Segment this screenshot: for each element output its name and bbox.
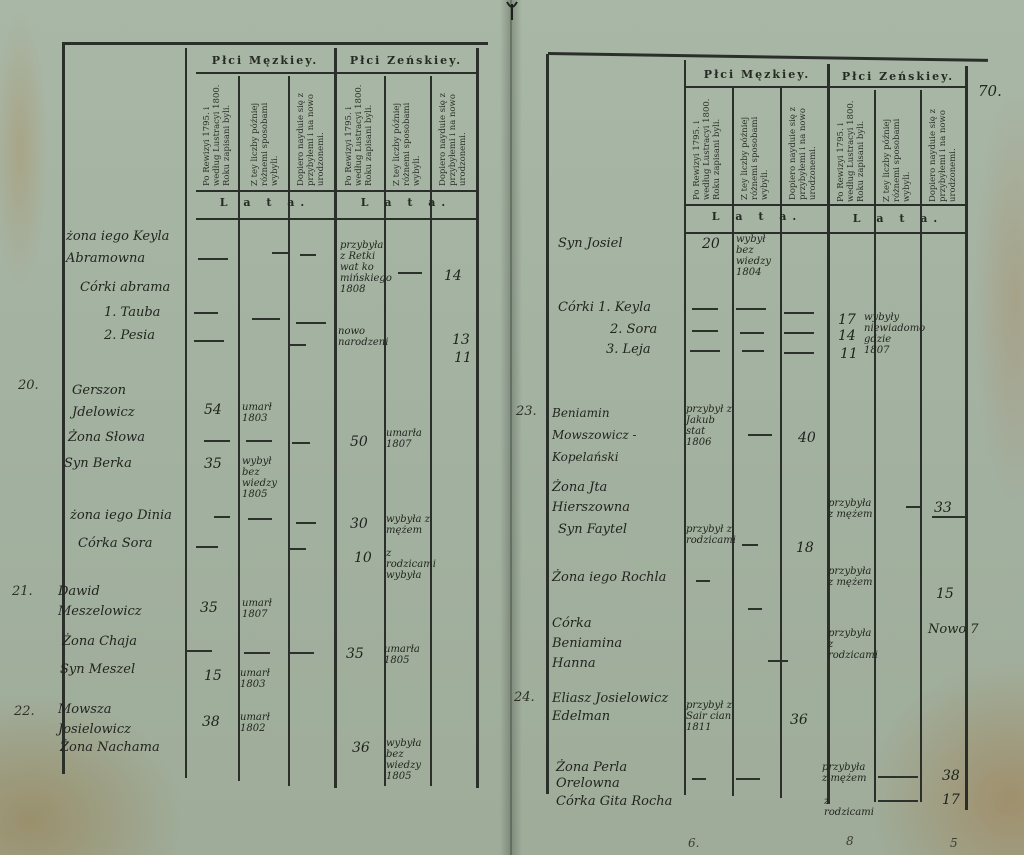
- female-col-1795-header: Po Rewizyi 1795. i według Lustracyi 1800…: [344, 80, 378, 186]
- entry-name: Syn Meszel: [60, 662, 135, 677]
- entry-male-1795: 15: [204, 668, 222, 684]
- entry-name: Córki 1. Keyla: [558, 300, 651, 315]
- filler-dash: [696, 580, 710, 582]
- col-rule: [920, 90, 922, 802]
- entry-male-now: 36: [790, 712, 808, 728]
- entry-female-1795: przybyła z mężem: [822, 762, 872, 784]
- entry-name: Córka Beniamina Hanna: [552, 614, 662, 674]
- entry-female-left: umarła 1805: [384, 644, 428, 666]
- filler-dash: [204, 440, 230, 442]
- entry-female-now: 17: [942, 792, 960, 808]
- filler-dash: [692, 330, 718, 332]
- filler-dash: [214, 516, 230, 518]
- entry-name: Żona Jta Hierszowna: [552, 478, 662, 518]
- filler-dash: [300, 254, 316, 256]
- entry-name: Mowsza Josielowicz: [58, 700, 178, 740]
- entry-name: Żona Słowa: [68, 430, 145, 445]
- entry-name: Syn Faytel: [558, 522, 627, 537]
- female-lata-label: L a t a.: [336, 196, 476, 209]
- left-page: Płci Męzkiey. Płci Zeńskiey. Po Rewizyi …: [0, 0, 500, 855]
- entry-female-now: 14: [444, 268, 462, 284]
- filler-dash: [296, 322, 326, 324]
- header-bottom-rule: [686, 204, 966, 206]
- folio-number: 70.: [978, 82, 1002, 100]
- filler-dash: [932, 516, 966, 518]
- entry-female-now: 11: [454, 350, 472, 366]
- entry-male-now: 18: [796, 540, 814, 556]
- entry-male-left: wybył bez wiedzy 1805: [242, 456, 288, 500]
- filler-dash: [748, 608, 762, 610]
- entry-name: żona iego Keyla Abramowna: [66, 226, 186, 270]
- female-col-1795-header: Po Rewizyi 1795. i według Lustracyi 1800…: [836, 94, 872, 202]
- filler-dash: [290, 652, 314, 654]
- filler-dash: [246, 440, 272, 442]
- entry-female-1795: 30: [350, 516, 368, 532]
- entry-female-left: wybyły niewiadomo gdzie 1807: [864, 312, 918, 356]
- col-rule: [874, 90, 876, 802]
- female-col-left-header: Z tey liczby później różnemi sposobami w…: [392, 80, 426, 186]
- filler-dash: [194, 340, 224, 342]
- filler-dash: [768, 660, 788, 662]
- filler-dash: [288, 344, 306, 346]
- entry-number: 23.: [516, 404, 537, 419]
- filler-dash: [784, 332, 814, 334]
- female-group-header: Płci Zeńskiey.: [336, 54, 476, 67]
- female-lata-label: L a t a.: [830, 212, 966, 225]
- entry-female-left: nowo narodzeni: [338, 326, 382, 348]
- entry-female-1795: przybyła z rodzicami: [828, 628, 874, 661]
- entry-number: 21.: [12, 584, 33, 599]
- header-group-underline: [686, 86, 966, 88]
- lata-bottom-rule: [686, 232, 966, 234]
- entry-male-1795: 20: [702, 236, 720, 252]
- entry-name: Dawid Meszelowicz: [58, 582, 178, 622]
- entry-male-1795: przybył z Sair cian 1811: [686, 700, 732, 733]
- entry-name: Eliasz Josielowicz Edelman: [552, 690, 674, 726]
- filler-dash: [692, 308, 718, 310]
- filler-dash: [878, 800, 918, 802]
- entry-female-1795: z rodzicami: [824, 796, 880, 818]
- male-lata-label: L a t a.: [686, 210, 828, 223]
- entry-female-1795: 10: [354, 550, 372, 566]
- entry-female-now: 33: [934, 500, 952, 516]
- header-bottom-rule: [196, 190, 478, 192]
- right-outer-rule: [965, 66, 968, 810]
- entry-name: Córki abrama: [80, 280, 170, 295]
- entry-male-1795: 35: [204, 456, 222, 472]
- col-rule: [430, 76, 432, 786]
- male-col-left-header: Z tey liczby później różnemi sposobami w…: [250, 80, 284, 186]
- entry-name: Beniamin Mowszowicz - Kopelański: [552, 402, 684, 468]
- filler-dash: [736, 308, 766, 310]
- entry-female-1795: 35: [346, 646, 364, 662]
- book-gutter: [500, 0, 522, 855]
- filler-dash: [906, 506, 920, 508]
- header-group-underline: [196, 72, 478, 74]
- entry-female-now: 13: [452, 332, 470, 348]
- male-col-1795-header: Po Rewizyi 1795. i według Lustracyi 1800…: [692, 92, 728, 200]
- filler-dash: [194, 312, 218, 314]
- entry-female-now: 15: [936, 586, 954, 602]
- filler-dash: [186, 650, 212, 652]
- entry-female-1795: 36: [352, 740, 370, 756]
- male-col-now-header: Dopiero nayduie się z przybyłemi i na no…: [788, 92, 824, 200]
- group-divider-rule: [334, 48, 337, 788]
- filler-dash: [742, 544, 758, 546]
- entry-female-1795: przybyła z mężem: [828, 498, 874, 520]
- group-divider-rule: [827, 64, 830, 804]
- filler-dash: [196, 546, 218, 548]
- entry-name: 1. Tauba: [104, 305, 160, 320]
- col-rule: [732, 86, 734, 796]
- male-col-1795-header: Po Rewizyi 1795. i według Lustracyi 1800…: [202, 80, 236, 186]
- female-group-header: Płci Zeńskiey.: [830, 70, 966, 83]
- filler-dash: [784, 352, 814, 354]
- male-group-header: Płci Męzkiey.: [686, 68, 828, 81]
- entry-male-1795: 38: [202, 714, 220, 730]
- entry-female-1795: przybyła z mężem: [828, 566, 874, 588]
- entry-name: Żona iego Rochla: [552, 570, 666, 585]
- entry-name: Syn Josiel: [558, 236, 622, 251]
- entry-name: 3. Leja: [606, 342, 651, 357]
- male-group-header: Płci Męzkiey.: [196, 54, 334, 67]
- binding-clasp-icon: [505, 0, 519, 20]
- filler-dash: [784, 312, 814, 314]
- filler-dash: [252, 318, 280, 320]
- filler-dash: [292, 442, 310, 444]
- filler-dash: [248, 518, 272, 520]
- entry-number: 24.: [514, 690, 535, 705]
- entry-female-now: 38: [942, 768, 960, 784]
- entry-name: Żona Chaja: [62, 634, 137, 649]
- entry-female-1795: 11: [840, 346, 858, 362]
- entry-male-1795: 54: [204, 402, 222, 418]
- entry-name: Żona Nachama: [60, 740, 160, 755]
- entry-name: Syn Berka: [64, 456, 132, 471]
- entry-name: Żona Perla Orelowna: [556, 760, 656, 792]
- filler-dash: [692, 778, 706, 780]
- footer-mark: 6.: [688, 836, 699, 850]
- entry-female-left: umarła 1807: [386, 428, 430, 450]
- filler-dash: [296, 522, 316, 524]
- entry-name: Gerszon Jdelowicz: [72, 380, 182, 424]
- male-col-now-header: Dopiero nayduie się z przybyłemi i na no…: [296, 80, 330, 186]
- entry-male-left: umarł 1803: [240, 668, 284, 690]
- top-rule: [548, 52, 988, 62]
- filler-dash: [398, 272, 422, 274]
- left-outer-rule: [546, 54, 549, 794]
- female-col-left-header: Z tey liczby później różnemi sposobami w…: [882, 94, 918, 202]
- entry-male-left: umarł 1802: [240, 712, 284, 734]
- filler-dash: [272, 252, 288, 254]
- entry-male-left: wybył bez wiedzy 1804: [736, 234, 782, 278]
- right-outer-rule: [476, 48, 479, 788]
- entry-name: Córka Gita Rocha: [556, 794, 672, 809]
- filler-dash: [742, 350, 764, 352]
- female-col-now-header: Dopiero nayduie się z przybyłemi i na no…: [928, 94, 964, 202]
- entry-female-now: Nowo 7: [928, 622, 988, 638]
- entry-number: 20.: [18, 378, 39, 393]
- male-col-left-header: Z tey liczby później różnemi sposobami w…: [740, 92, 776, 200]
- col-rule: [288, 76, 290, 786]
- lata-bottom-rule: [196, 218, 478, 220]
- entry-name: Córka Sora: [78, 536, 152, 551]
- filler-dash: [690, 350, 720, 352]
- entry-male-left: umarł 1807: [242, 598, 286, 620]
- footer-mark: 8: [846, 834, 854, 848]
- entry-female-left: z rodzicami wybyła: [386, 548, 436, 581]
- col-rule: [780, 86, 782, 798]
- filler-dash: [290, 548, 306, 550]
- entry-female-1795: 14: [838, 328, 856, 344]
- entry-name: 2. Pesia: [104, 328, 155, 343]
- filler-dash: [736, 778, 760, 780]
- entry-male-1795: 35: [200, 600, 218, 616]
- entry-number: 22.: [14, 704, 35, 719]
- entry-male-1795: przybył z Jakub stat 1806: [686, 404, 732, 448]
- footer-mark: 5: [950, 836, 958, 850]
- filler-dash: [244, 652, 270, 654]
- name-column-rule: [185, 48, 187, 778]
- filler-dash: [740, 332, 764, 334]
- female-col-now-header: Dopiero nayduie się z przybyłemi i na no…: [438, 80, 472, 186]
- entry-male-now: 40: [798, 430, 816, 446]
- entry-female-1795: 17: [838, 312, 856, 328]
- entry-female-left: wybyła z mężem: [386, 514, 430, 536]
- entry-female-1795: 50: [350, 434, 368, 450]
- top-rule: [62, 42, 488, 45]
- filler-dash: [878, 776, 918, 778]
- right-page: Płci Męzkiey. Płci Zeńskiey. Po Rewizyi …: [522, 0, 1024, 855]
- entry-male-1795: przybył z rodzicami: [686, 524, 732, 546]
- entry-name: 2. Sora: [610, 322, 657, 337]
- filler-dash: [198, 258, 228, 260]
- filler-dash: [748, 434, 772, 436]
- entry-name: żona iego Dinia: [70, 508, 172, 523]
- entry-female-left: wybyła bez wiedzy 1805: [386, 738, 436, 782]
- entry-female-left: przybyła z Retki wat ko mińskiego 1808: [340, 240, 384, 295]
- entry-male-left: umarł 1803: [242, 402, 286, 424]
- male-lata-label: L a t a.: [196, 196, 334, 209]
